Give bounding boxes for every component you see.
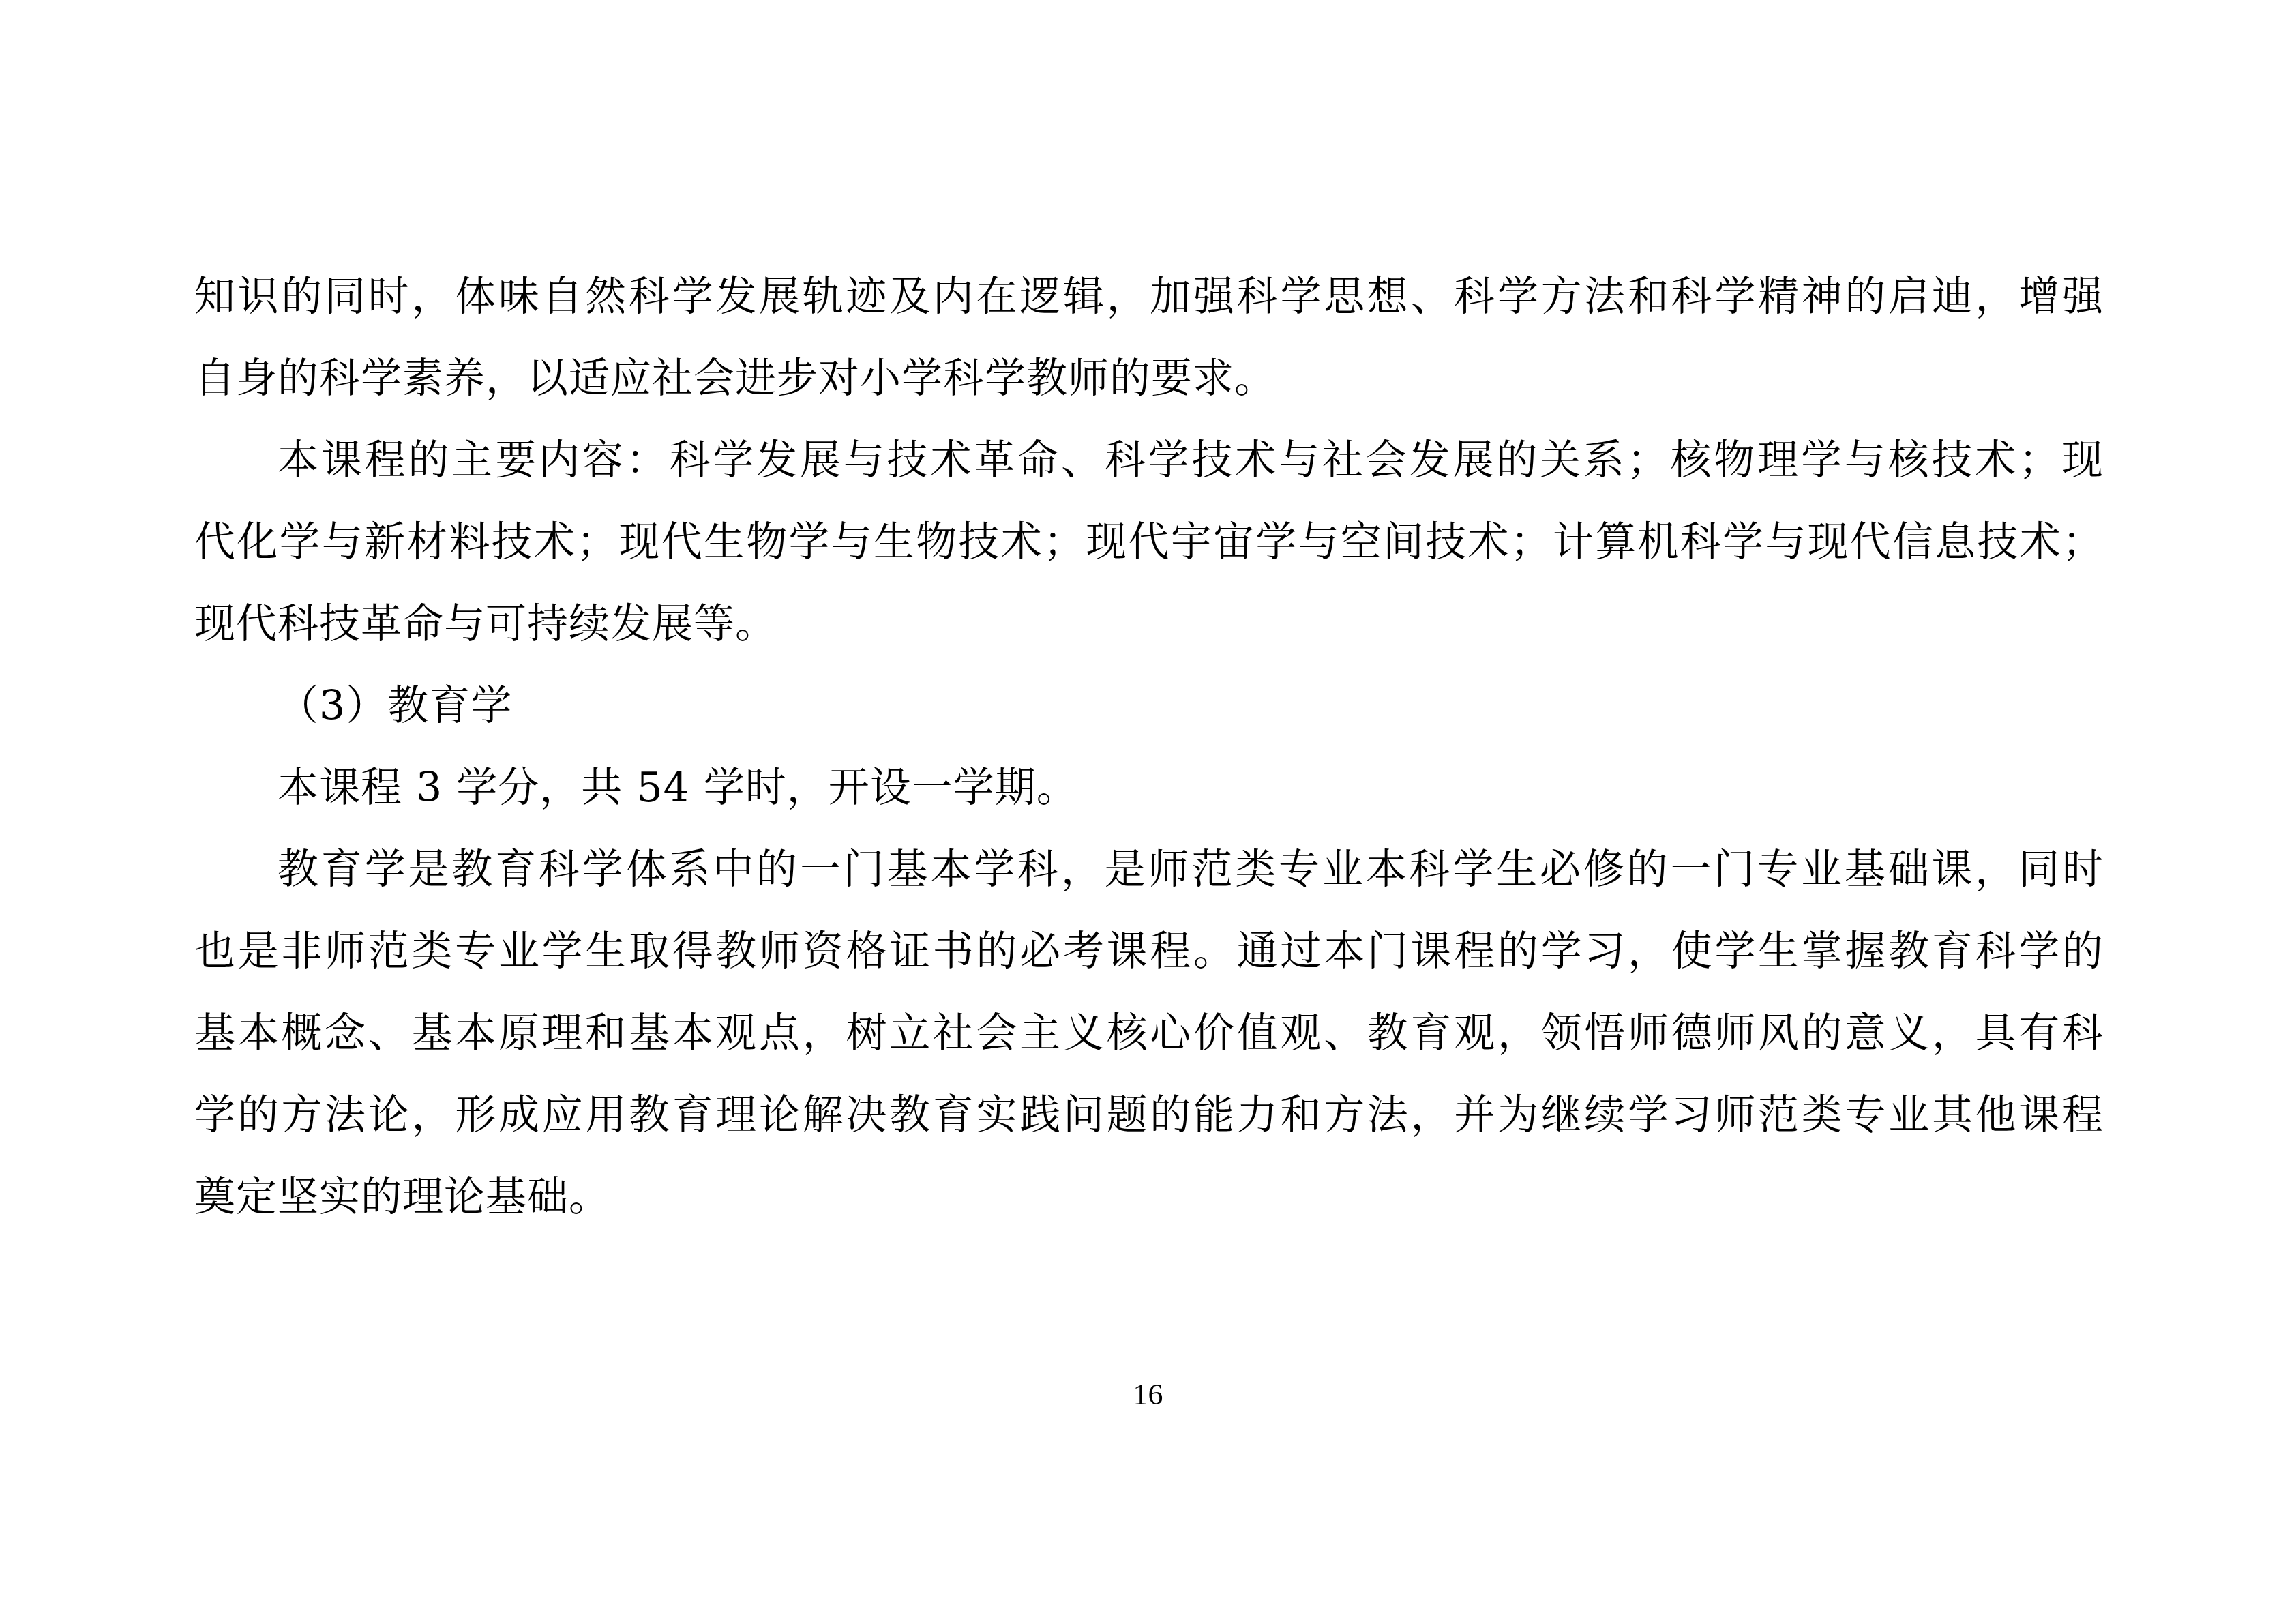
text-line: 也是非师范类专业学生取得教师资格证书的必考课程。通过本门课程的学习，使学生掌握教… xyxy=(194,911,2104,992)
text-line: 学的方法论，形成应用教育理论解决教育实践问题的能力和方法，并为继续学习师范类专业… xyxy=(194,1074,2104,1156)
text-line: 教育学是教育科学体系中的一门基本学科，是师范类专业本科学生必修的一门专业基础课，… xyxy=(194,829,2104,911)
text-line: 奠定坚实的理论基础。 xyxy=(194,1156,2104,1238)
text-line: 知识的同时，体味自然科学发展轨迹及内在逻辑，加强科学思想、科学方法和科学精神的启… xyxy=(194,256,2104,338)
text-line: 本课程的主要内容：科学发展与技术革命、科学技术与社会发展的关系；核物理学与核技术… xyxy=(194,419,2104,501)
document-page: 知识的同时，体味自然科学发展轨迹及内在逻辑，加强科学思想、科学方法和科学精神的启… xyxy=(0,0,2296,1624)
text-line: （3）教育学 xyxy=(194,665,2104,747)
text-line: 自身的科学素养，以适应社会进步对小学科学教师的要求。 xyxy=(194,338,2104,419)
page-number: 16 xyxy=(0,1374,2296,1415)
text-line: 现代科技革命与可持续发展等。 xyxy=(194,583,2104,665)
text-line: 代化学与新材料技术；现代生物学与生物技术；现代宇宙学与空间技术；计算机科学与现代… xyxy=(194,501,2104,583)
body-text: 知识的同时，体味自然科学发展轨迹及内在逻辑，加强科学思想、科学方法和科学精神的启… xyxy=(194,256,2104,1238)
text-line: 本课程 3 学分，共 54 学时，开设一学期。 xyxy=(194,747,2104,829)
text-line: 基本概念、基本原理和基本观点，树立社会主义核心价值观、教育观，领悟师德师风的意义… xyxy=(194,992,2104,1074)
